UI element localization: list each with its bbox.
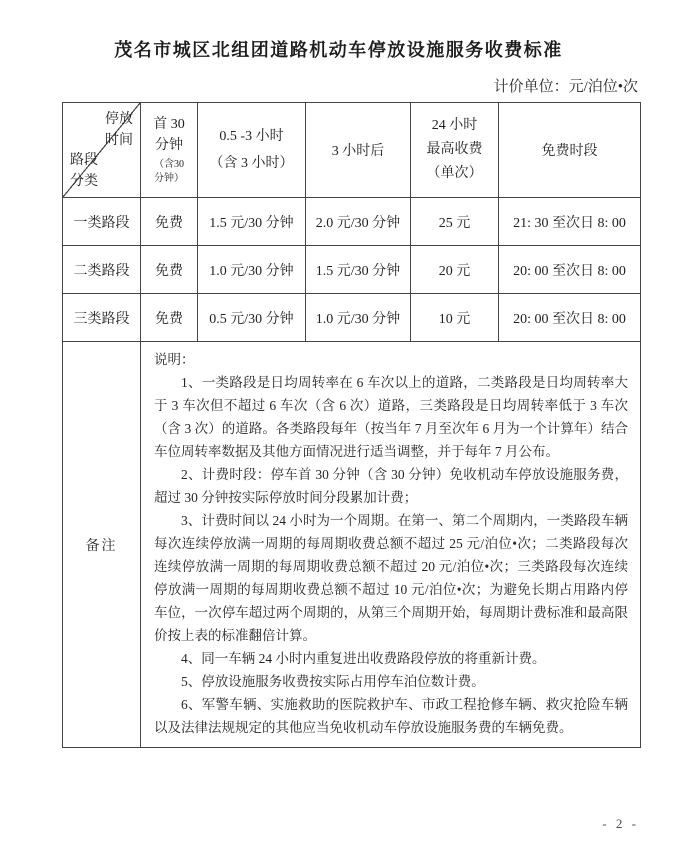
remark-item-3: 3、计费时间以 24 小时为一个周期。在第一、第二个周期内，一类路段车辆每次连续… (154, 509, 628, 647)
remark-item-1: 1、一类路段是日均周转率在 6 车次以上的道路，二类路段是日均周转率大于 3 车… (154, 371, 628, 463)
corner-label-parking-time: 停放 时间 (105, 109, 133, 151)
column-header-first-30min: 首 30 分钟 （含30 分钟） (141, 103, 198, 198)
row3-rate-after-3h: 1.0 元/30 分钟 (306, 294, 411, 342)
row3-free-period: 20: 00 至次日 8: 00 (499, 294, 641, 342)
column-header-first-30min-sub: （含30 分钟） (154, 158, 184, 186)
column-header-free-period: 免费时段 (499, 103, 641, 198)
column-header-05-to-3h: 0.5 -3 小时 （含 3 小时） (198, 103, 306, 198)
remarks-content-cell: 说明： 1、一类路段是日均周转率在 6 车次以上的道路，二类路段是日均周转率大于… (141, 342, 641, 748)
page-number: - 2 - (602, 816, 639, 832)
fee-table: 停放 时间 路段 分类 首 30 分钟 （含30 分钟） 0.5 -3 小时 （… (62, 102, 641, 748)
row1-category: 一类路段 (63, 198, 141, 246)
remark-item-5: 5、停放设施服务收费按实际占用停车泊位数计费。 (154, 670, 628, 693)
row2-first-30min: 免费 (141, 246, 198, 294)
row2-rate-after-3h: 1.5 元/30 分钟 (306, 246, 411, 294)
row1-free-period: 21: 30 至次日 8: 00 (499, 198, 641, 246)
remarks-heading: 说明： (154, 348, 628, 371)
row3-category: 三类路段 (63, 294, 141, 342)
remarks-label-cell: 备注 (63, 342, 141, 748)
corner-label-road-category: 路段 分类 (70, 150, 98, 192)
row1-first-30min: 免费 (141, 198, 198, 246)
row1-rate-05-to-3h: 1.5 元/30 分钟 (198, 198, 306, 246)
column-header-first-30min-main: 首 30 分钟 (153, 114, 185, 156)
row3-rate-05-to-3h: 0.5 元/30 分钟 (198, 294, 306, 342)
table-corner-cell: 停放 时间 路段 分类 (63, 103, 141, 198)
row3-24h-max: 10 元 (411, 294, 499, 342)
document-page: 茂名市城区北组团道路机动车停放设施服务收费标准 计价单位：元/泊位•次 停放 时… (0, 0, 677, 849)
row1-rate-after-3h: 2.0 元/30 分钟 (306, 198, 411, 246)
remark-item-6: 6、军警车辆、实施救助的医院救护车、市政工程抢修车辆、救灾抢险车辆以及法律法规规… (154, 693, 628, 739)
page-title: 茂名市城区北组团道路机动车停放设施服务收费标准 (20, 36, 657, 62)
row3-first-30min: 免费 (141, 294, 198, 342)
pricing-unit-note: 计价单位：元/泊位•次 (62, 75, 640, 96)
remark-item-4: 4、同一车辆 24 小时内重复进出收费路段停放的将重新计费。 (154, 647, 628, 670)
row2-category: 二类路段 (63, 246, 141, 294)
row1-24h-max: 25 元 (411, 198, 499, 246)
row2-24h-max: 20 元 (411, 246, 499, 294)
row2-free-period: 20: 00 至次日 8: 00 (499, 246, 641, 294)
remark-item-2: 2、计费时段：停车首 30 分钟（含 30 分钟）免收机动车停放设施服务费，超过… (154, 463, 628, 509)
column-header-24h-max: 24 小时 最高收费 （单次） (411, 103, 499, 198)
column-header-after-3h: 3 小时后 (306, 103, 411, 198)
row2-rate-05-to-3h: 1.0 元/30 分钟 (198, 246, 306, 294)
